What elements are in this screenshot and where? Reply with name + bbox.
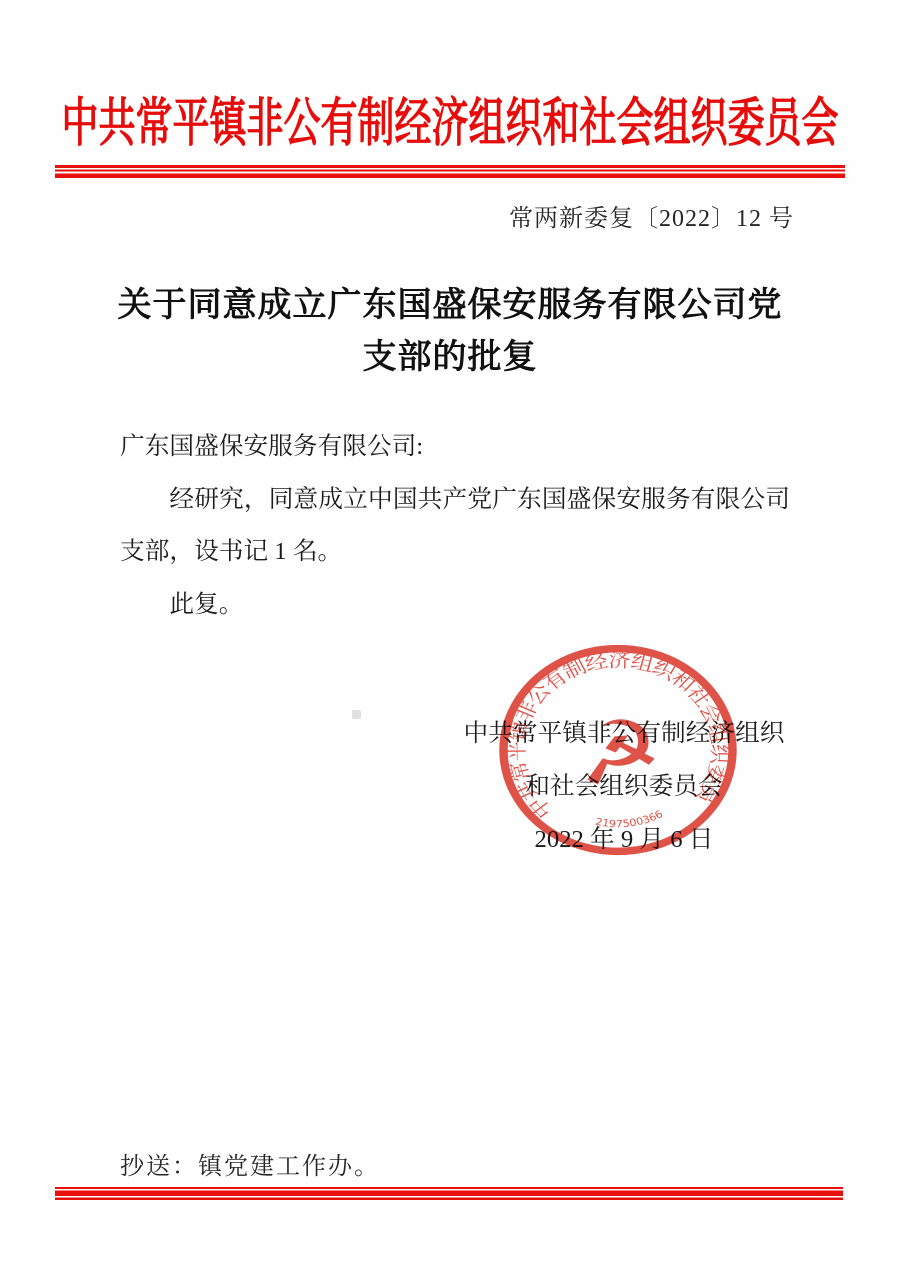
scan-artifact-speck <box>352 710 361 719</box>
document-title: 关于同意成立广东国盛保安服务有限公司党 支部的批复 <box>0 280 900 384</box>
document-page: 中共常平镇非公有制经济组织和社会组织委员会 常两新委复〔2022〕12 号 关于… <box>0 0 900 1274</box>
body-paragraph-1: 经研究，同意成立中国共产党广东国盛保安服务有限公司支部，设书记 1 名。 <box>120 474 790 579</box>
body-paragraph-2: 此复。 <box>120 579 790 632</box>
letterhead-org-title: 中共常平镇非公有制经济组织和社会组织委员会 <box>38 90 862 161</box>
footer-red-rule <box>55 1187 843 1200</box>
salutation-line: 广东国盛保安服务有限公司: <box>120 421 790 474</box>
signature-date: 2022 年 9 月 6 日 <box>450 813 798 866</box>
signature-block: 中共常平镇非公有制经济组织 和社会组织委员会 2022 年 9 月 6 日 <box>450 707 798 866</box>
letterhead-red-rule <box>55 165 845 178</box>
document-title-line-2: 支部的批复 <box>0 332 900 384</box>
doc-reference-number: 常两新委复〔2022〕12 号 <box>509 198 794 233</box>
document-title-line-1: 关于同意成立广东国盛保安服务有限公司党 <box>0 280 900 332</box>
document-body: 广东国盛保安服务有限公司: 经研究，同意成立中国共产党广东国盛保安服务有限公司支… <box>120 421 790 631</box>
cc-footer-line: 抄送：镇党建工作办。 <box>120 1146 380 1181</box>
signature-org-line-1: 中共常平镇非公有制经济组织 <box>450 707 798 760</box>
signature-org-line-2: 和社会组织委员会 <box>450 760 798 813</box>
